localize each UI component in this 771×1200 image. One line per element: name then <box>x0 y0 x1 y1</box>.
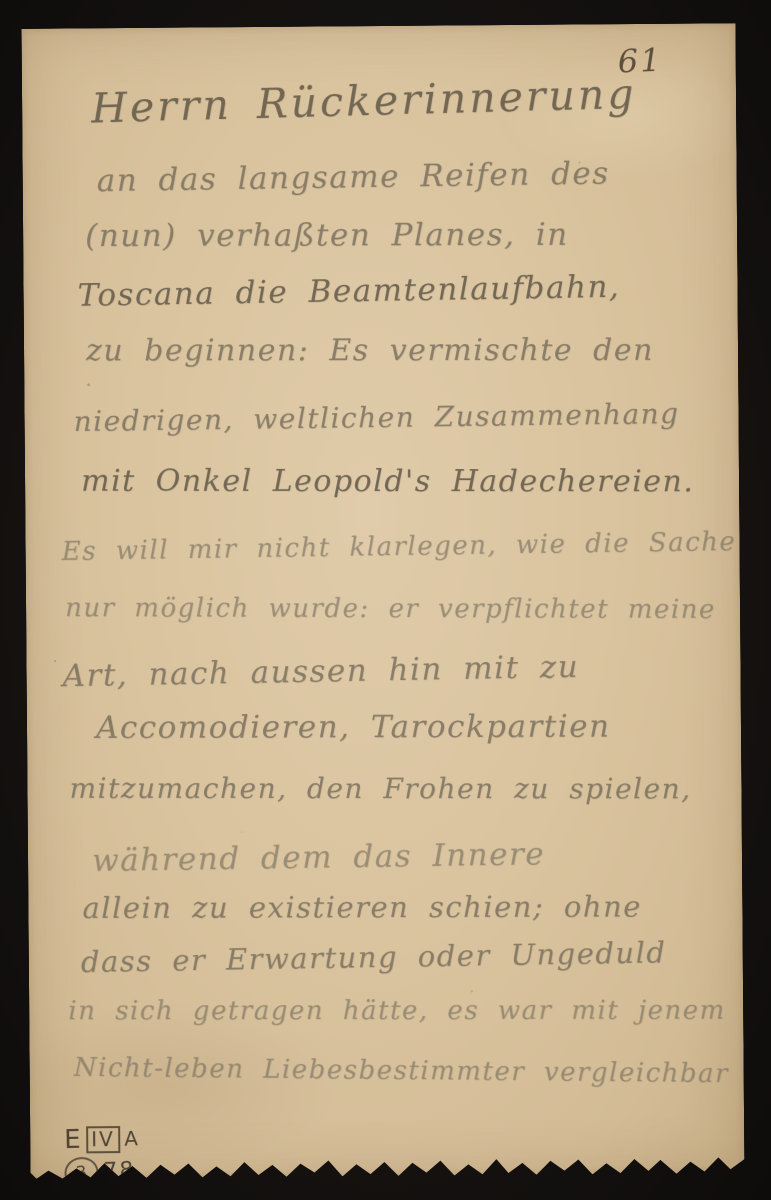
manuscript-line: mitzumachen, den Frohen zu spielen, <box>69 773 691 806</box>
archive-signature-row1: E IV A <box>64 1123 140 1155</box>
manuscript-line: Accomodieren, Tarockpartien <box>96 710 611 747</box>
manuscript-line: während dem das Innere <box>92 837 546 879</box>
archive-signature-row2: 3 78 <box>64 1155 141 1189</box>
archive-letter-a: A <box>124 1126 140 1150</box>
manuscript-line: Es will mir nicht klarlegen, wie die Sac… <box>61 528 736 568</box>
manuscript-line: niedrigen, weltlichen Zusammenhang <box>73 398 679 438</box>
manuscript-line: zu beginnen: Es vermischte den <box>86 334 654 369</box>
manuscript-line: dass er Erwartung oder Ungeduld <box>81 936 667 979</box>
archive-signature: E IV A 3 78 <box>64 1124 140 1188</box>
archive-roman-numeral-boxed: IV <box>87 1126 121 1153</box>
archive-circled-number: 3 <box>62 1155 100 1191</box>
manuscript-line: Art, nach aussen hin mit zu <box>62 650 579 695</box>
manuscript-line: in sich getragen hätte, es war mit jenem <box>68 997 725 1027</box>
manuscript-line: (nun) verhaßten Planes, in <box>85 218 569 255</box>
manuscript-line: allein zu existieren schien; ohne <box>82 890 642 925</box>
manuscript-line: nur möglich wurde: er verpflichtet meine <box>65 594 716 626</box>
manuscript-page: 61 Herrn Rückerinnerung an das langsame … <box>21 23 744 1179</box>
photo-backdrop: 61 Herrn Rückerinnerung an das langsame … <box>0 0 771 1200</box>
manuscript-line: an das langsame Reifen des <box>96 156 609 199</box>
manuscript-line: Nicht-leben Liebesbestimmter vergleichba… <box>74 1054 729 1090</box>
archive-number: 78 <box>103 1158 136 1184</box>
archive-letter-e: E <box>64 1125 83 1155</box>
manuscript-line: mit Onkel Leopold's Hadechereien. <box>81 465 694 500</box>
manuscript-line: Toscana die Beamtenlaufbahn, <box>77 270 620 315</box>
manuscript-line: Herrn Rückerinnerung <box>91 71 638 133</box>
